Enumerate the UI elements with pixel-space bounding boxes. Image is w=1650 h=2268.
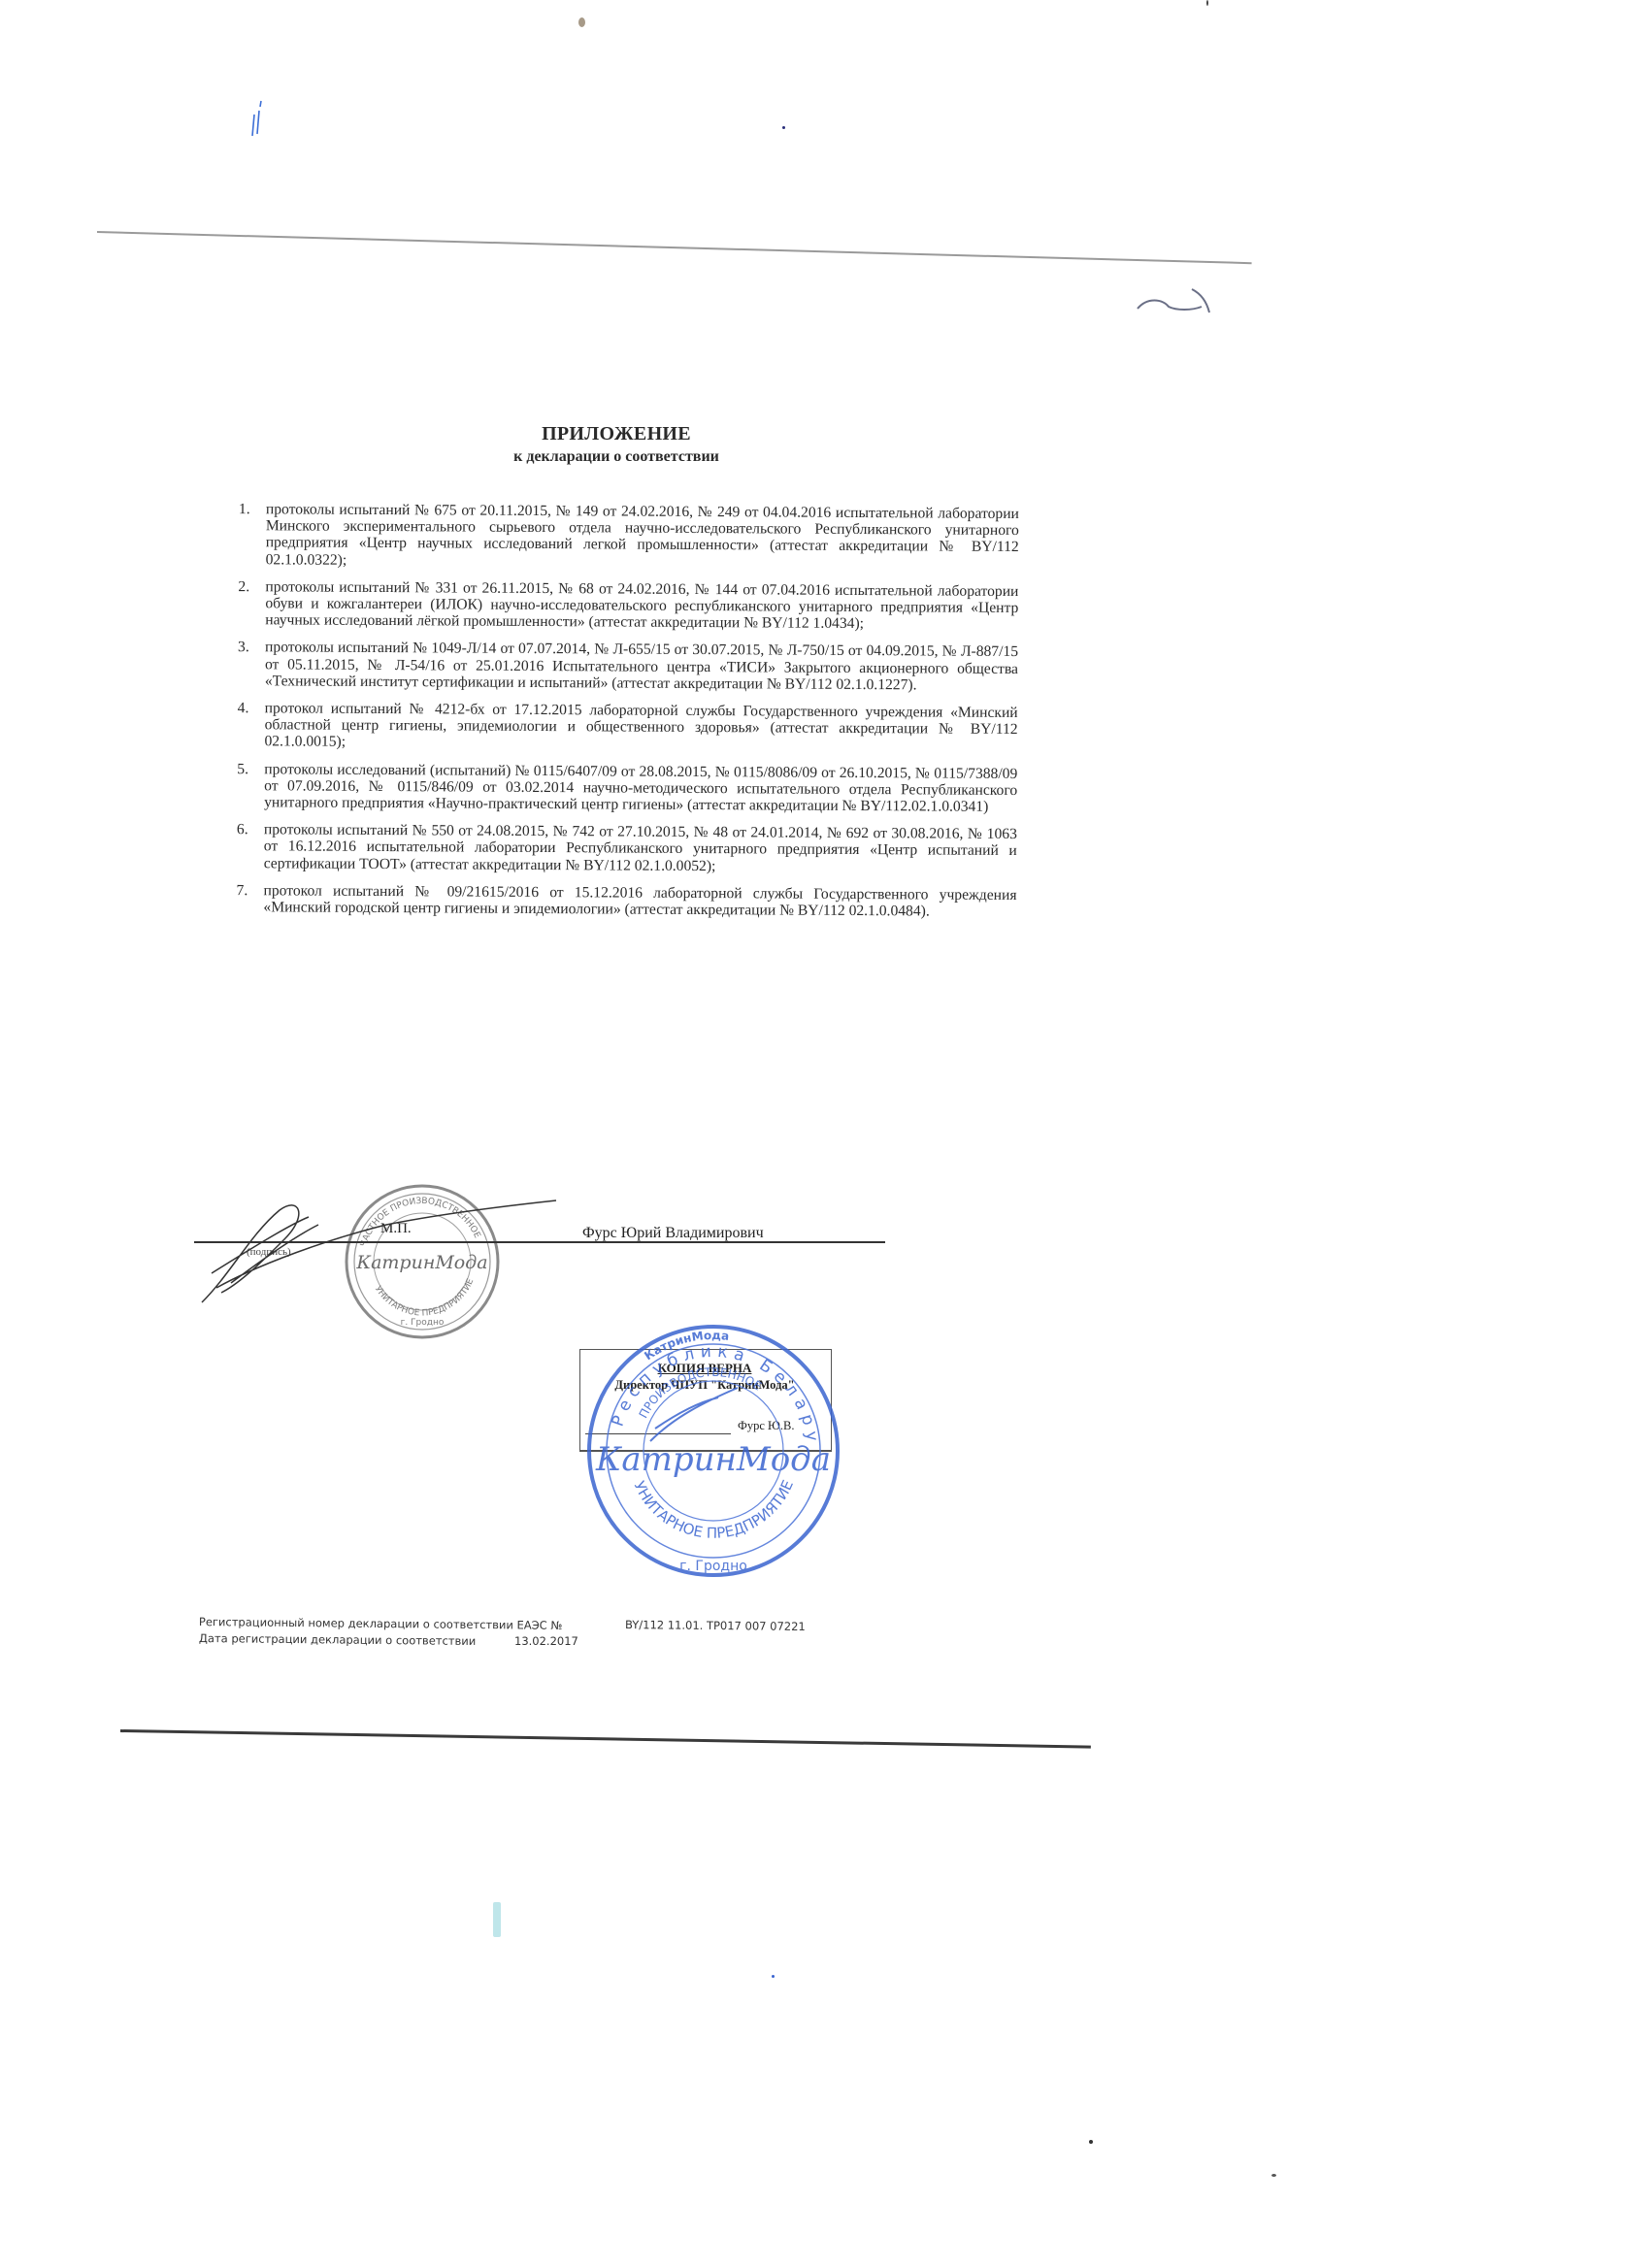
registration-number-label: Регистрационный номер декларации о соотв…: [199, 1615, 563, 1632]
list-item-number: 1.: [239, 501, 250, 517]
blue-seal-icon: КатринМода Республика Беларусь ПРОИЗВОДС…: [582, 1320, 844, 1582]
list-item-number: 2.: [238, 578, 249, 595]
list-item: 3.протоколы испытаний № 1049-Л/14 от 07.…: [220, 639, 1018, 694]
pen-mark-icon: [247, 97, 266, 146]
registration-date-value: 13.02.2017: [514, 1634, 578, 1648]
scan-speck: [1206, 0, 1208, 6]
list-item: 4.протокол испытаний № 4212-бх от 17.12.…: [219, 700, 1017, 755]
page-subtitle: к декларации о соответствии: [427, 448, 806, 466]
blue-seal-center-text: КатринМода: [595, 1440, 831, 1479]
scan-speck: [1089, 2140, 1093, 2144]
list-item-text: протокол испытаний № 09/21615/2016 от 15…: [263, 882, 1016, 919]
protocol-list: 1.протоколы испытаний № 675 от 20.11.201…: [218, 501, 1019, 931]
list-item: 6.протоколы испытаний № 550 от 24.08.201…: [219, 821, 1017, 876]
grey-seal-city: г. Гродно: [401, 1318, 445, 1328]
list-item-number: 6.: [237, 821, 248, 838]
registration-number-value: BY/112 11.01. ТР017 007 07221: [625, 1618, 806, 1633]
signature-scribble-icon: [192, 1196, 561, 1312]
list-item-number: 3.: [238, 640, 249, 656]
list-item-number: 5.: [237, 761, 248, 777]
list-item: 5.протоколы исследований (испытаний) № 0…: [219, 761, 1017, 816]
registration-date-label: Дата регистрации декларации о соответств…: [199, 1631, 476, 1648]
list-item-text: протоколы испытаний № 550 от 24.08.2015,…: [264, 822, 1017, 874]
scan-speck: [578, 17, 585, 27]
scan-speck: [782, 126, 785, 129]
list-item-text: протоколы исследований (испытаний) № 011…: [264, 761, 1017, 815]
list-item: 2.протоколы испытаний № 331 от 26.11.201…: [220, 578, 1018, 634]
list-item: 7.протокол испытаний № 09/21615/2016 от …: [218, 882, 1016, 920]
handwritten-page-number-icon: [1134, 287, 1221, 326]
top-rule-line: [97, 231, 1252, 264]
list-item-number: 7.: [236, 882, 247, 899]
scan-speck: [772, 1975, 775, 1978]
list-item: 1.протоколы испытаний № 675 от 20.11.201…: [221, 501, 1019, 573]
list-item-text: протоколы испытаний № 675 от 20.11.2015,…: [266, 501, 1019, 568]
blue-seal-bottom-text: УНИТАРНОЕ ПРЕДПРИЯТИЕ: [630, 1477, 797, 1541]
list-item-number: 4.: [238, 700, 249, 716]
list-item-text: протоколы испытаний № 1049-Л/14 от 07.07…: [265, 640, 1018, 694]
scan-speck: [493, 1902, 501, 1937]
scan-speck: [1271, 2174, 1276, 2177]
list-item-text: протокол испытаний № 4212-бх от 17.12.20…: [264, 700, 1017, 750]
bottom-rule-line: [120, 1729, 1091, 1749]
page-title: ПРИЛОЖЕНИЕ: [427, 423, 806, 445]
blue-seal-city: г. Гродно: [679, 1559, 747, 1574]
list-item-text: протоколы испытаний № 331 от 26.11.2015,…: [265, 578, 1018, 632]
signer-name: Фурс Юрий Владимирович: [582, 1225, 764, 1242]
svg-text:УНИТАРНОЕ ПРЕДПРИЯТИЕ: УНИТАРНОЕ ПРЕДПРИЯТИЕ: [630, 1477, 797, 1541]
